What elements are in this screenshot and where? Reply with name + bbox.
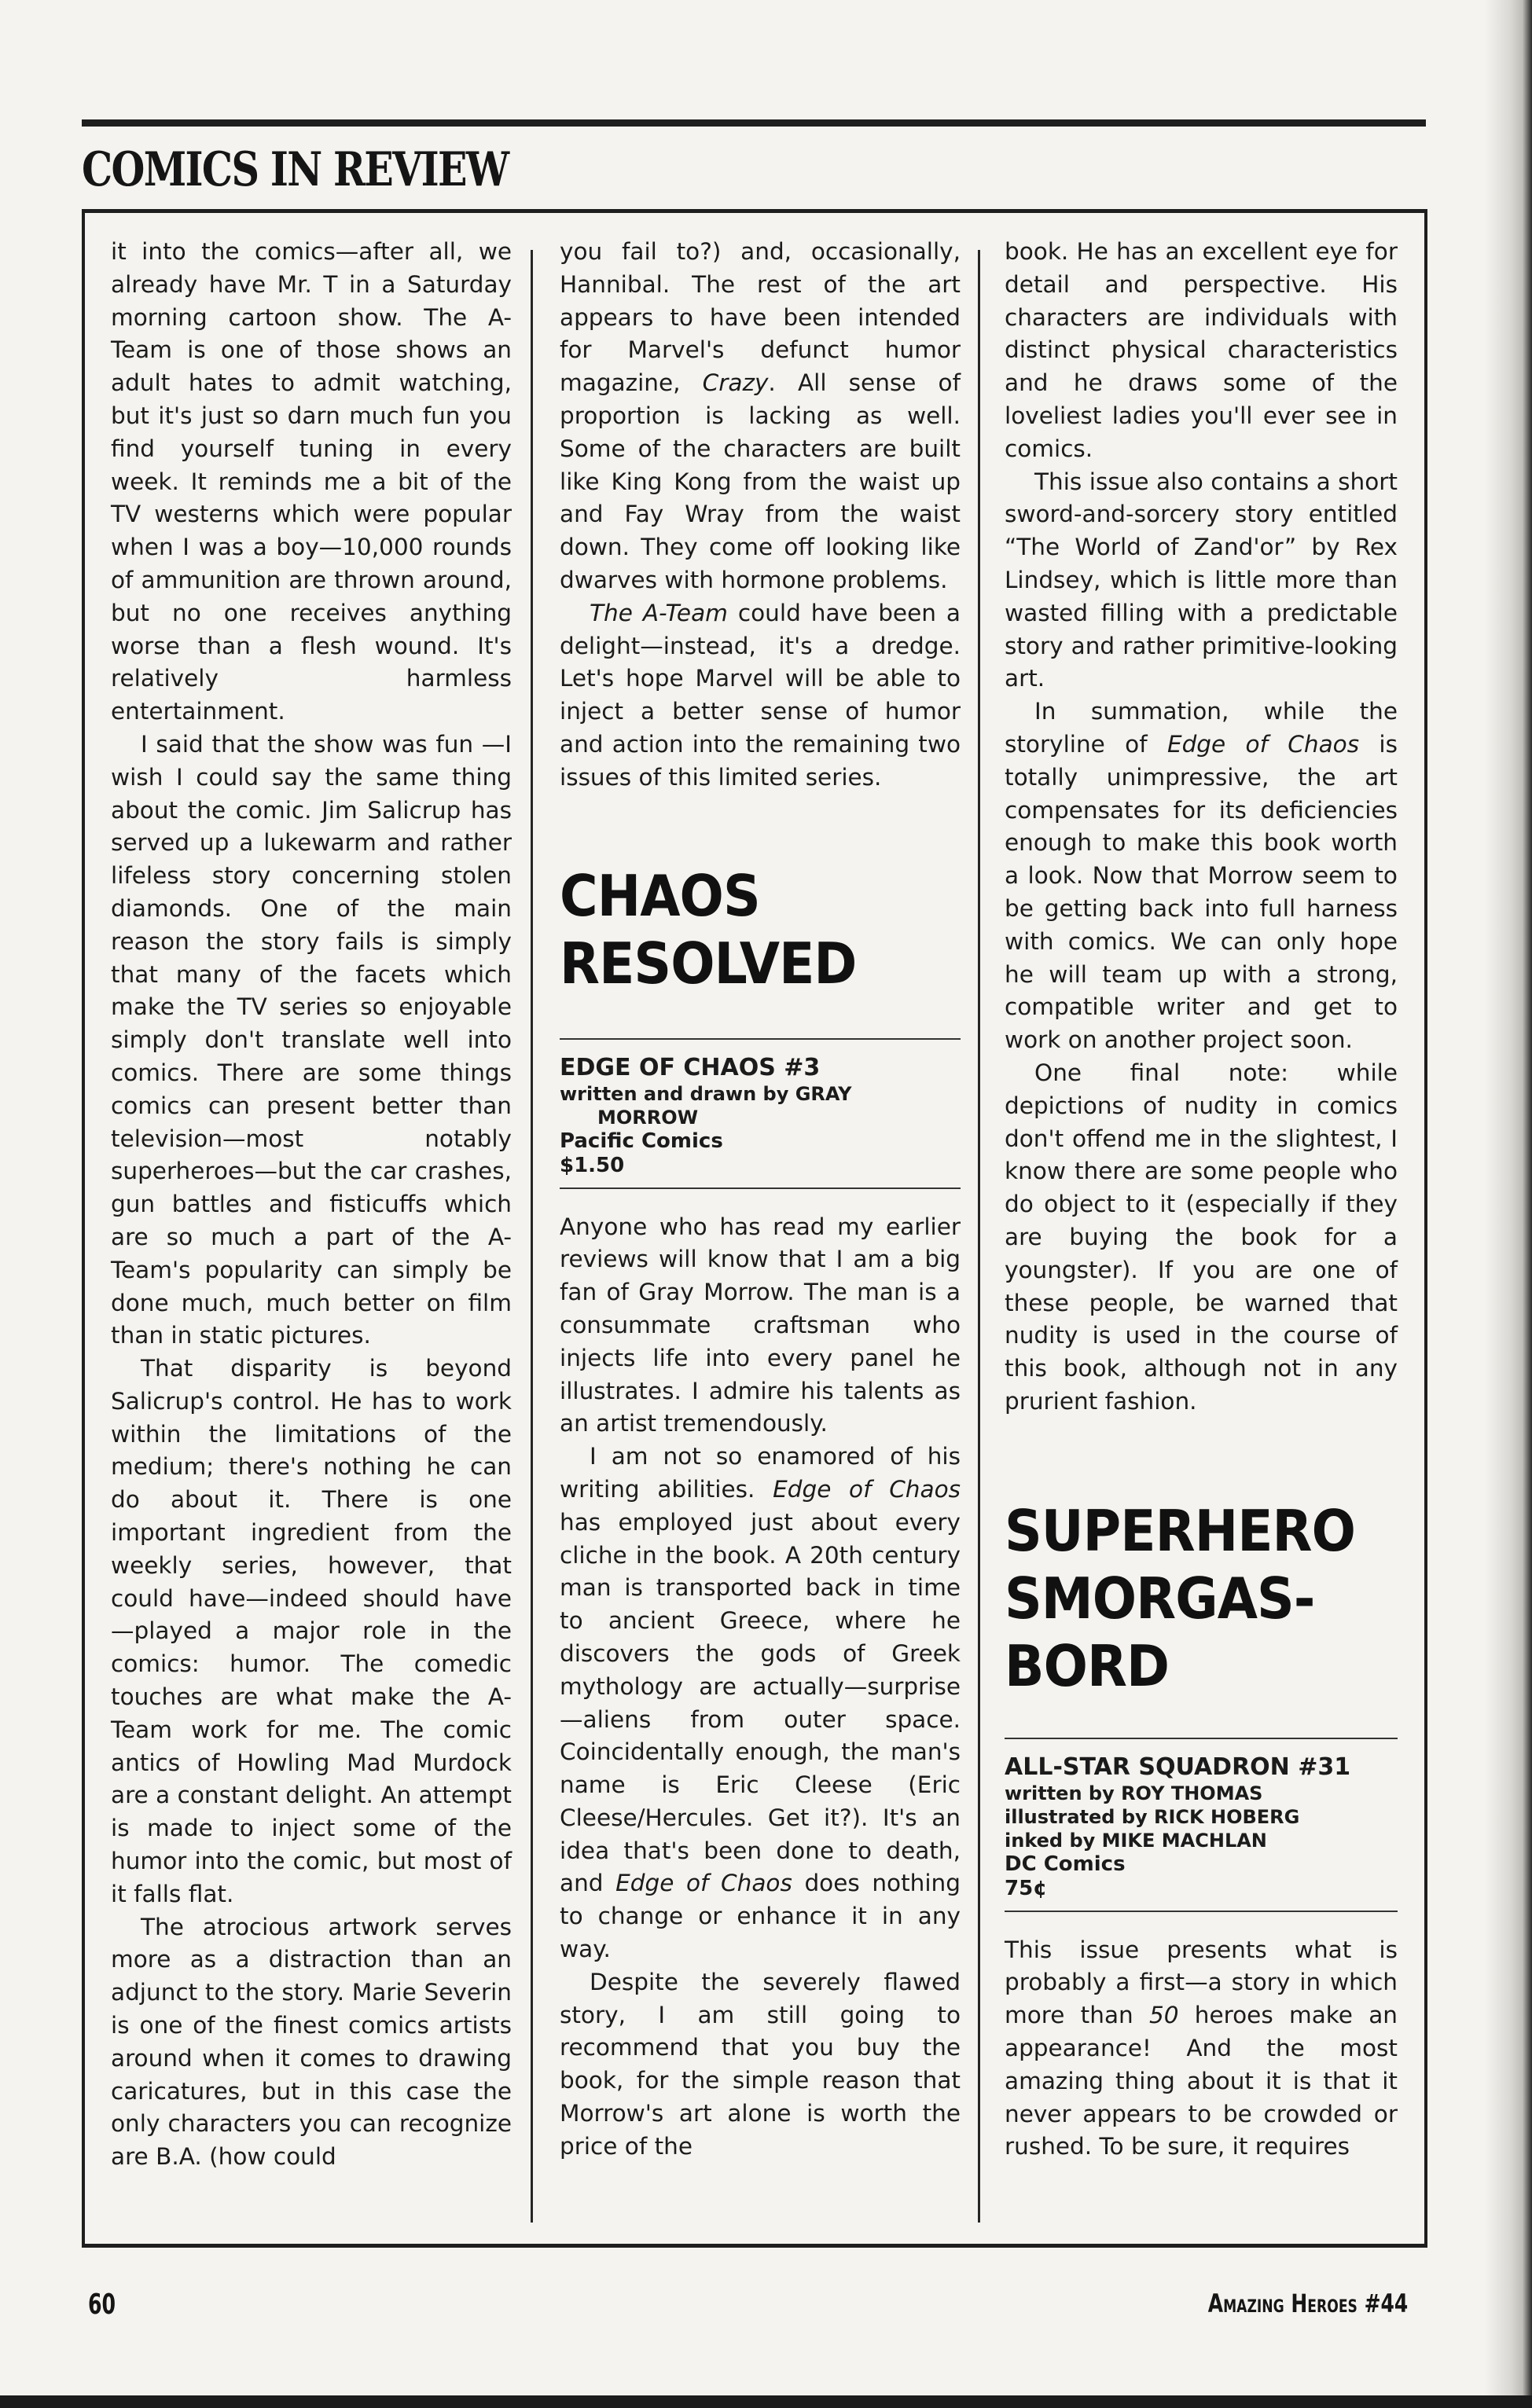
- price: 75¢: [1005, 1877, 1398, 1901]
- paragraph: Anyone who has read my earlier reviews w…: [560, 1211, 961, 1441]
- page-number: 60: [88, 2289, 116, 2321]
- column-1: it into the comics—after all, we already…: [111, 236, 512, 2174]
- paragraph: The atrocious artwork serves more as a d…: [111, 1911, 512, 2174]
- review-headline: SUPERHERO SMORGAS- BORD: [1005, 1497, 1366, 1700]
- paragraph: This issue presents what is probably a f…: [1005, 1934, 1398, 2164]
- issue-title: EDGE OF CHAOS #3: [560, 1054, 961, 1082]
- publisher: Pacific Comics: [560, 1129, 961, 1154]
- paragraph: This issue also contains a short sword-a…: [1005, 466, 1398, 696]
- section-title: COMICS IN REVIEW: [82, 138, 509, 201]
- credit-artist: illustrated by RICK HOBERG: [1005, 1805, 1398, 1829]
- credit-line: written and drawn by GRAY: [560, 1082, 961, 1106]
- credits-block: EDGE OF CHAOS #3 written and drawn by GR…: [560, 1040, 961, 1187]
- page-bottom-edge: [0, 2395, 1532, 2408]
- publisher: DC Comics: [1005, 1852, 1398, 1877]
- column-divider: [978, 250, 980, 2223]
- paragraph: I am not so enamored of his writing abil…: [560, 1441, 961, 1966]
- paragraph: book. He has an excellent eye for detail…: [1005, 236, 1398, 466]
- issue-title: ALL-STAR SQUADRON #31: [1005, 1753, 1398, 1782]
- credit-inker: inked by MIKE MACHLAN: [1005, 1829, 1398, 1852]
- credit-line: MORROW: [560, 1106, 961, 1129]
- column-3: book. He has an excellent eye for detail…: [1005, 236, 1398, 2164]
- magazine-title: Amazing Heroes #44: [1208, 2289, 1408, 2318]
- paragraph: you fail to?) and, occasionally, Hanniba…: [560, 236, 961, 597]
- column-divider: [531, 250, 533, 2223]
- credits-block: ALL-STAR SQUADRON #31 written by ROY THO…: [1005, 1739, 1398, 1911]
- paragraph: That disparity is beyond Salicrup's cont…: [111, 1353, 512, 1911]
- header-rule: [82, 119, 1426, 127]
- column-2: you fail to?) and, occasionally, Hanniba…: [560, 236, 961, 2164]
- paragraph: I said that the show was fun —I wish I c…: [111, 729, 512, 1353]
- paragraph: One final note: while depictions of nudi…: [1005, 1057, 1398, 1419]
- credit-writer: written by ROY THOMAS: [1005, 1782, 1398, 1805]
- paragraph: it into the comics—after all, we already…: [111, 236, 512, 729]
- paragraph: In summation, while the storyline of Edg…: [1005, 696, 1398, 1057]
- price: $1.50: [560, 1154, 961, 1178]
- paragraph: Despite the severely flawed story, I am …: [560, 1966, 961, 2164]
- page-gutter-shadow: [1485, 0, 1532, 2408]
- review-headline: CHAOS RESOLVED: [560, 862, 928, 997]
- paragraph: The A-Team could have been a delight—ins…: [560, 597, 961, 795]
